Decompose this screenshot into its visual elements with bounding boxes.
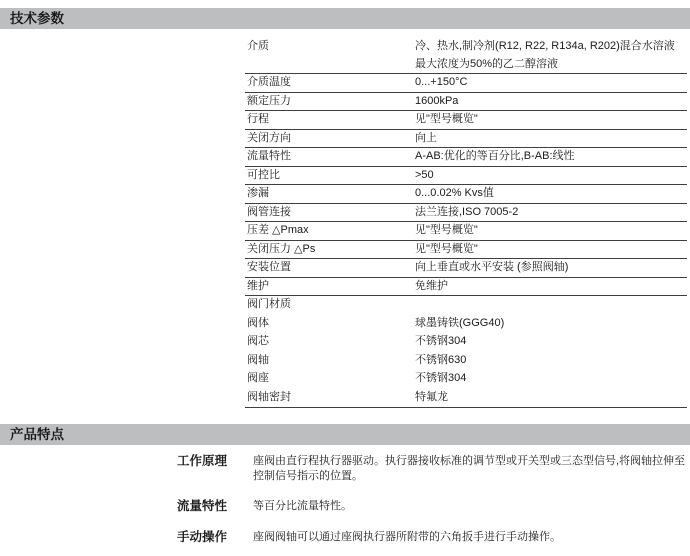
param-label: 阀座	[245, 370, 415, 388]
param-row: 阀轴 不锈钢630	[245, 352, 687, 371]
param-value: 见"型号概览"	[415, 111, 687, 129]
section-title-product-features: 产品特点	[10, 427, 64, 442]
param-row: 阀门材质	[245, 296, 687, 315]
param-label: 阀门材质	[245, 296, 415, 314]
param-value: 不锈钢304	[415, 370, 687, 388]
param-row: 关闭方向 向上	[245, 130, 687, 149]
section-header-tech-params: 技术参数	[0, 8, 690, 29]
param-value: 免维护	[415, 278, 687, 296]
param-row: 阀管连接 法兰连接,ISO 7005-2	[245, 204, 687, 223]
param-label: 行程	[245, 111, 415, 129]
feature-item: 流量特性 等百分比流量特性。	[0, 499, 690, 514]
param-row: 介质温度 0...+150°C	[245, 74, 687, 93]
param-value: 见"型号概览"	[415, 241, 687, 259]
section-header-product-features: 产品特点	[0, 424, 690, 445]
param-label: 阀轴密封	[245, 389, 415, 407]
param-label: 渗漏	[245, 185, 415, 203]
param-row: 流量特性 A-AB:优化的等百分比,B-AB:线性	[245, 148, 687, 167]
param-label: 介质	[245, 38, 415, 56]
feature-label: 工作原理	[0, 454, 227, 469]
param-value: 不锈钢304	[415, 333, 687, 351]
param-value: A-AB:优化的等百分比,B-AB:线性	[415, 148, 687, 166]
tech-params-table: 介质 冷、热水,制冷剂(R12, R22, R134a, R202)混合水溶液 …	[245, 38, 687, 408]
param-value: 球墨铸铁(GGG40)	[415, 315, 687, 333]
param-label: 可控比	[245, 167, 415, 185]
param-row: 可控比 >50	[245, 167, 687, 186]
param-row: 关闭压力 △Ps 见"型号概览"	[245, 241, 687, 260]
section-title-tech-params: 技术参数	[10, 11, 64, 26]
param-label: 关闭方向	[245, 130, 415, 148]
param-value: 0...0.02% Kvs值	[415, 185, 687, 203]
param-label: 阀体	[245, 315, 415, 333]
param-row: 安装位置 向上垂直或水平安装 (参照阀轴)	[245, 259, 687, 278]
param-row: 阀轴密封 特氟龙	[245, 389, 687, 408]
feature-label: 流量特性	[0, 499, 227, 514]
feature-item: 工作原理 座阀由直行程执行器驱动。执行器接收标准的调节型或开关型或三态型信号,将…	[0, 454, 690, 483]
param-row: 行程 见"型号概览"	[245, 111, 687, 130]
param-label: 压差 △Pmax	[245, 222, 415, 240]
param-label: 安装位置	[245, 259, 415, 277]
param-label: 阀管连接	[245, 204, 415, 222]
param-value: 不锈钢630	[415, 352, 687, 370]
param-value: >50	[415, 167, 687, 185]
param-value: 特氟龙	[415, 389, 687, 407]
param-label: 额定压力	[245, 93, 415, 111]
product-features-list: 工作原理 座阀由直行程执行器驱动。执行器接收标准的调节型或开关型或三态型信号,将…	[0, 454, 690, 556]
param-value: 0...+150°C	[415, 74, 687, 92]
param-row: 渗漏 0...0.02% Kvs值	[245, 185, 687, 204]
param-label: 流量特性	[245, 148, 415, 166]
param-label: 关闭压力 △Ps	[245, 241, 415, 259]
feature-text: 座阀由直行程执行器驱动。执行器接收标准的调节型或开关型或三态型信号,将阀轴拉伸至…	[253, 454, 687, 483]
param-row: 压差 △Pmax 见"型号概览"	[245, 222, 687, 241]
feature-item: 手动操作 座阀阀轴可以通过座阀执行器所附带的六角扳手进行手动操作。	[0, 530, 690, 545]
param-value: 向上	[415, 130, 687, 148]
param-value: 向上垂直或水平安装 (参照阀轴)	[415, 259, 687, 277]
param-row: 维护 免维护	[245, 278, 687, 297]
param-row: 介质 冷、热水,制冷剂(R12, R22, R134a, R202)混合水溶液 …	[245, 38, 687, 74]
param-row: 阀体 球墨铸铁(GGG40)	[245, 315, 687, 334]
param-label: 阀芯	[245, 333, 415, 351]
param-value: 见"型号概览"	[415, 222, 687, 240]
param-value: 法兰连接,ISO 7005-2	[415, 204, 687, 222]
feature-text: 等百分比流量特性。	[253, 499, 687, 514]
param-label: 维护	[245, 278, 415, 296]
param-value: 冷、热水,制冷剂(R12, R22, R134a, R202)混合水溶液 最大浓…	[415, 38, 687, 73]
feature-text: 座阀阀轴可以通过座阀执行器所附带的六角扳手进行手动操作。	[253, 530, 687, 545]
param-value: 1600kPa	[415, 93, 687, 111]
feature-label: 手动操作	[0, 530, 227, 545]
param-label: 阀轴	[245, 352, 415, 370]
param-row: 额定压力 1600kPa	[245, 93, 687, 112]
param-row: 阀座 不锈钢304	[245, 370, 687, 389]
param-row: 阀芯 不锈钢304	[245, 333, 687, 352]
param-label: 介质温度	[245, 74, 415, 92]
